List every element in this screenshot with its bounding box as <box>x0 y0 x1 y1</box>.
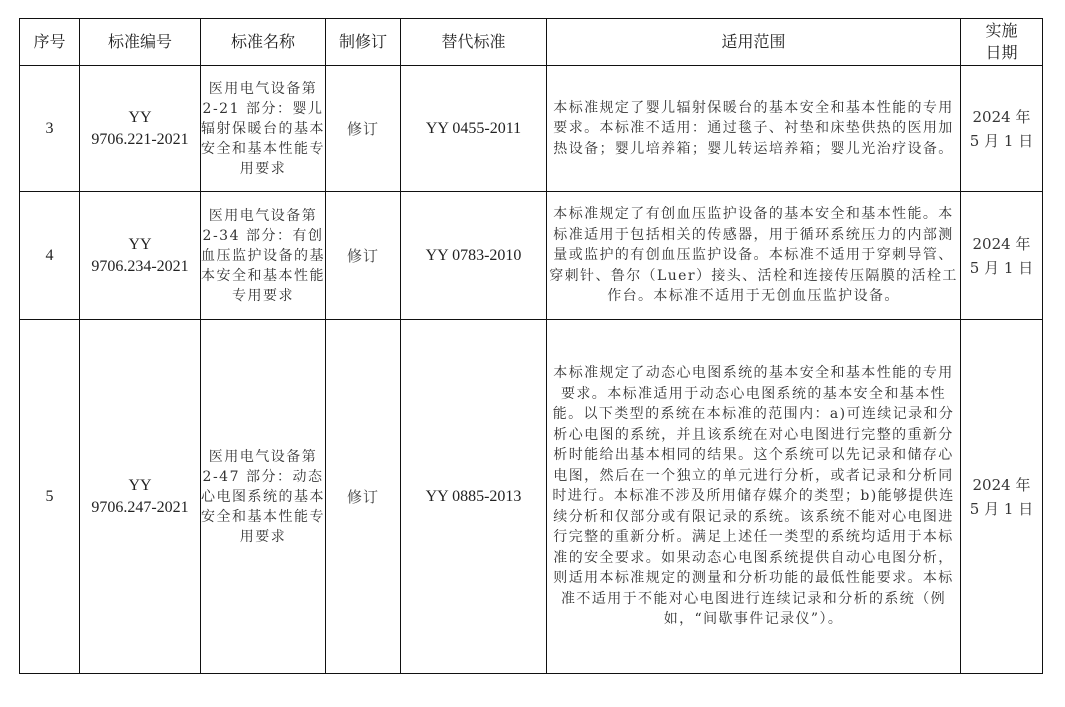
cell-date: 2024 年 5 月 1 日 <box>961 320 1043 674</box>
cell-replaced: YY 0783-2010 <box>401 192 547 320</box>
cell-code: YY 9706.247-2021 <box>80 320 201 674</box>
cell-date-line2: 5 月 1 日 <box>961 497 1042 521</box>
table-row: 3 YY 9706.221-2021 医用电气设备第 2-21 部分：婴儿辐射保… <box>20 66 1043 192</box>
header-date-line2: 日期 <box>961 42 1042 64</box>
cell-date-line2: 5 月 1 日 <box>961 256 1042 280</box>
header-date: 实施 日期 <box>961 19 1043 66</box>
cell-scope: 本标准规定了有创血压监护设备的基本安全和基本性能。本标准适用于包括相关的传感器，… <box>547 192 961 320</box>
cell-date-line1: 2024 年 <box>961 232 1042 256</box>
cell-code: YY 9706.221-2021 <box>80 66 201 192</box>
cell-code-line1: YY <box>80 234 200 256</box>
cell-code-line1: YY <box>80 107 200 129</box>
cell-seq: 5 <box>20 320 80 674</box>
header-seq: 序号 <box>20 19 80 66</box>
cell-code-line2: 9706.247-2021 <box>80 497 200 519</box>
cell-replaced: YY 0885-2013 <box>401 320 547 674</box>
cell-date-line1: 2024 年 <box>961 473 1042 497</box>
cell-seq: 4 <box>20 192 80 320</box>
header-code: 标准编号 <box>80 19 201 66</box>
cell-scope: 本标准规定了婴儿辐射保暖台的基本安全和基本性能的专用要求。本标准不适用：通过毯子… <box>547 66 961 192</box>
cell-date-line1: 2024 年 <box>961 105 1042 129</box>
header-scope: 适用范围 <box>547 19 961 66</box>
cell-replaced: YY 0455-2011 <box>401 66 547 192</box>
cell-name: 医用电气设备第 2-47 部分：动态心电图系统的基本安全和基本性能专用要求 <box>201 320 326 674</box>
header-name: 标准名称 <box>201 19 326 66</box>
cell-code-line2: 9706.221-2021 <box>80 129 200 151</box>
cell-name: 医用电气设备第 2-21 部分：婴儿辐射保暖台的基本安全和基本性能专用要求 <box>201 66 326 192</box>
table-row: 4 YY 9706.234-2021 医用电气设备第 2-34 部分：有创血压监… <box>20 192 1043 320</box>
cell-revision: 修订 <box>326 192 401 320</box>
cell-date-line2: 5 月 1 日 <box>961 129 1042 153</box>
cell-code-line2: 9706.234-2021 <box>80 256 200 278</box>
cell-date: 2024 年 5 月 1 日 <box>961 192 1043 320</box>
table-row: 5 YY 9706.247-2021 医用电气设备第 2-47 部分：动态心电图… <box>20 320 1043 674</box>
header-row: 序号 标准编号 标准名称 制修订 替代标准 适用范围 实施 日期 <box>20 19 1043 66</box>
cell-code-line1: YY <box>80 475 200 497</box>
cell-revision: 修订 <box>326 320 401 674</box>
header-replaced: 替代标准 <box>401 19 547 66</box>
cell-scope: 本标准规定了动态心电图系统的基本安全和基本性能的专用要求。本标准适用于动态心电图… <box>547 320 961 674</box>
cell-code: YY 9706.234-2021 <box>80 192 201 320</box>
cell-revision: 修订 <box>326 66 401 192</box>
cell-name: 医用电气设备第 2-34 部分：有创血压监护设备的基本安全和基本性能专用要求 <box>201 192 326 320</box>
header-date-line1: 实施 <box>961 20 1042 42</box>
cell-date: 2024 年 5 月 1 日 <box>961 66 1043 192</box>
cell-seq: 3 <box>20 66 80 192</box>
header-revision: 制修订 <box>326 19 401 66</box>
standards-table: 序号 标准编号 标准名称 制修订 替代标准 适用范围 实施 日期 3 YY 97… <box>19 18 1043 674</box>
